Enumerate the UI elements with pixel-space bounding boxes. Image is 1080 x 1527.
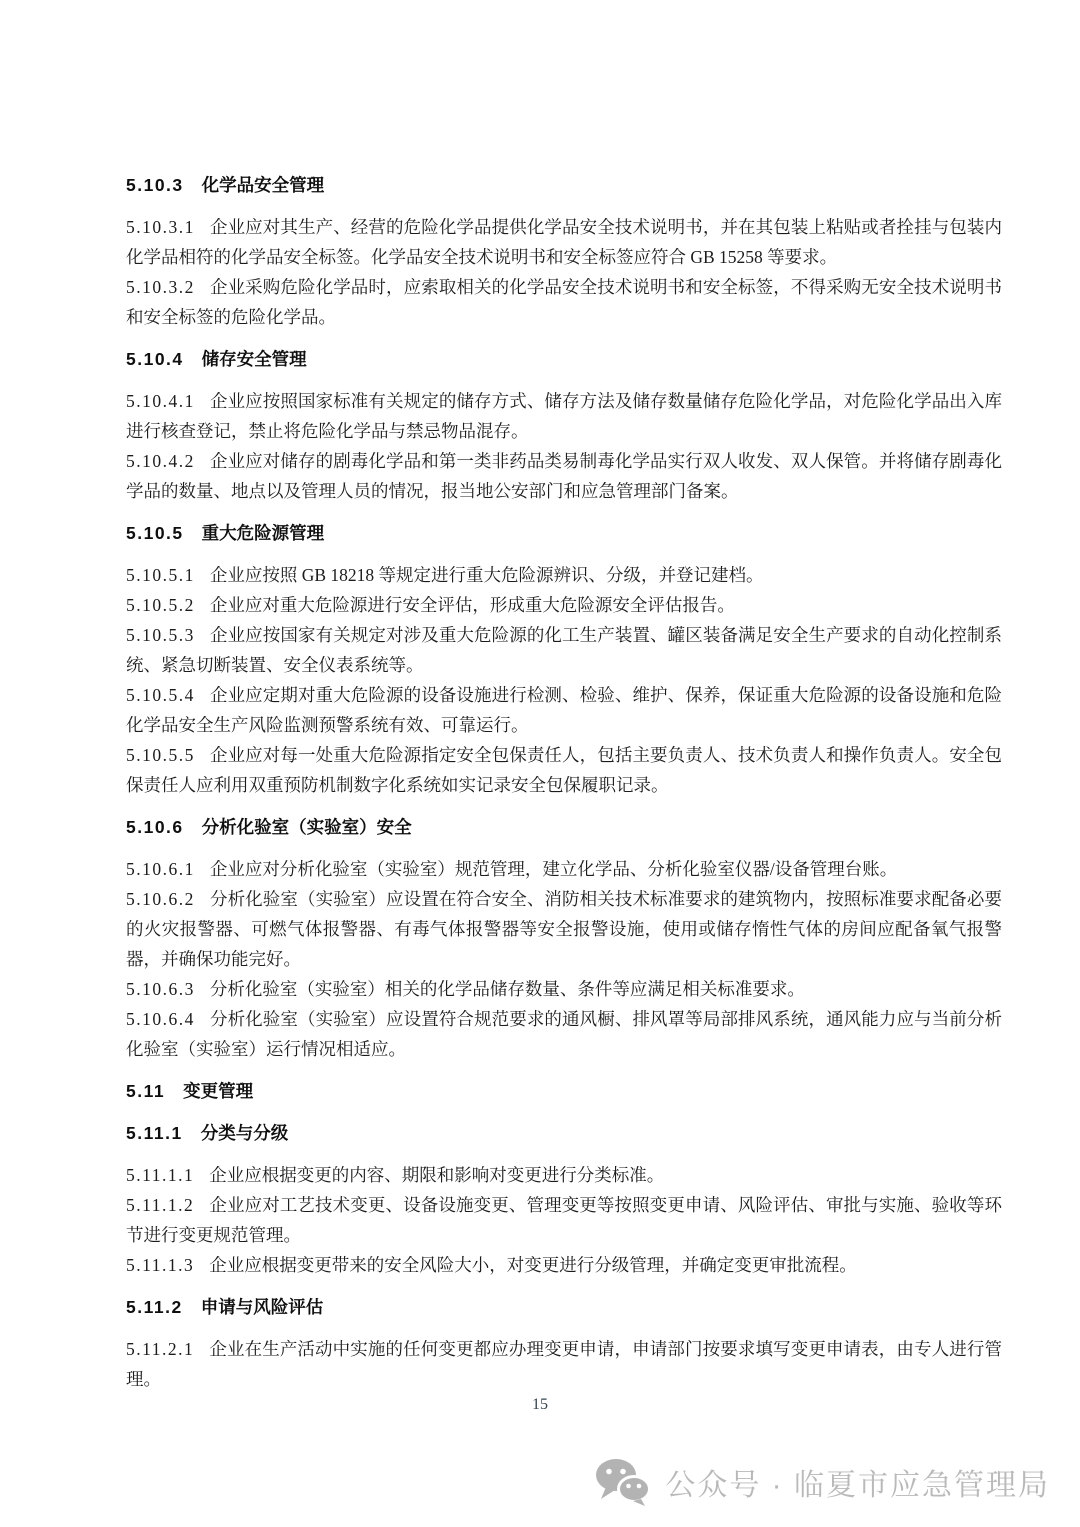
clause-paragraph: 5.10.5.5企业应对每一处重大危险源指定安全包保责任人，包括主要负责人、技术…	[126, 740, 1002, 800]
clause-number: 5.10.5.4	[126, 685, 195, 705]
page-number: 15	[0, 1396, 1080, 1414]
clause-paragraph: 5.10.5.4企业应定期对重大危险源的设备设施进行检测、检验、维护、保养，保证…	[126, 680, 1002, 740]
clause-paragraph: 5.10.5.3企业应按国家有关规定对涉及重大危险源的化工生产装置、罐区装备满足…	[126, 620, 1002, 680]
clause-number: 5.10.6.3	[126, 979, 195, 999]
section-heading: 5.10.4储存安全管理	[126, 344, 1002, 374]
clause-number: 5.10.4.1	[126, 391, 195, 411]
clause-text: 企业应对重大危险源进行安全评估，形成重大危险源安全评估报告。	[210, 595, 735, 615]
section-heading: 5.10.5重大危险源管理	[126, 518, 1002, 548]
clause-number: 5.10.6.1	[126, 859, 195, 879]
clause-paragraph: 5.11.1.3企业应根据变更带来的安全风险大小，对变更进行分级管理，并确定变更…	[126, 1250, 1002, 1280]
clause-number: 5.10.6.2	[126, 889, 195, 909]
clause-text: 企业应对每一处重大危险源指定安全包保责任人，包括主要负责人、技术负责人和操作负责…	[126, 745, 1002, 795]
clause-number: 5.11.2	[126, 1297, 183, 1317]
clause-paragraph: 5.10.4.2企业应对储存的剧毒化学品和第一类非药品类易制毒化学品实行双人收发…	[126, 446, 1002, 506]
section-heading: 5.11.1分类与分级	[126, 1118, 1002, 1148]
document-page: 5.10.3化学品安全管理5.10.3.1企业应对其生产、经营的危险化学品提供化…	[0, 0, 1080, 1527]
watermark-text: 公众号 · 临夏市应急管理局	[665, 1460, 1050, 1504]
clause-number: 5.10.4.2	[126, 451, 195, 471]
clause-paragraph: 5.10.5.1企业应按照 GB 18218 等规定进行重大危险源辨识、分级，并…	[126, 560, 1002, 590]
section-title: 分析化验室（实验室）安全	[202, 817, 412, 837]
clause-text: 企业应对其生产、经营的危险化学品提供化学品安全技术说明书，并在其包装上粘贴或者拴…	[126, 217, 1002, 267]
section-title: 申请与风险评估	[201, 1297, 324, 1317]
clause-number: 5.10.3.1	[126, 217, 195, 237]
clause-number: 5.10.5.2	[126, 595, 195, 615]
watermark: 公众号 · 临夏市应急管理局	[595, 1458, 1050, 1506]
clause-number: 5.10.3	[126, 175, 184, 195]
section-heading: 5.11.2申请与风险评估	[126, 1292, 1002, 1322]
clause-number: 5.11.1.2	[126, 1195, 194, 1215]
clause-paragraph: 5.10.6.1企业应对分析化验室（实验室）规范管理，建立化学品、分析化验室仪器…	[126, 854, 1002, 884]
section-heading: 5.10.6分析化验室（实验室）安全	[126, 812, 1002, 842]
clause-text: 企业应定期对重大危险源的设备设施进行检测、检验、维护、保养，保证重大危险源的设备…	[126, 685, 1002, 735]
clause-number: 5.10.5.5	[126, 745, 195, 765]
clause-paragraph: 5.11.1.1企业应根据变更的内容、期限和影响对变更进行分类标准。	[126, 1160, 1002, 1190]
clause-text: 企业应对储存的剧毒化学品和第一类非药品类易制毒化学品实行双人收发、双人保管。并将…	[126, 451, 1002, 501]
clause-number: 5.11.1	[126, 1123, 183, 1143]
clause-number: 5.11.2.1	[126, 1339, 194, 1359]
clause-text: 企业应根据变更带来的安全风险大小，对变更进行分级管理，并确定变更审批流程。	[209, 1255, 857, 1275]
clause-text: 企业应按照 GB 18218 等规定进行重大危险源辨识、分级，并登记建档。	[210, 565, 764, 585]
clause-paragraph: 5.10.3.1企业应对其生产、经营的危险化学品提供化学品安全技术说明书，并在其…	[126, 212, 1002, 272]
clause-paragraph: 5.10.5.2企业应对重大危险源进行安全评估，形成重大危险源安全评估报告。	[126, 590, 1002, 620]
section-title: 变更管理	[183, 1081, 253, 1101]
section-heading: 5.10.3化学品安全管理	[126, 170, 1002, 200]
clause-text: 企业采购危险化学品时，应索取相关的化学品安全技术说明书和安全标签，不得采购无安全…	[126, 277, 1002, 327]
document-content: 5.10.3化学品安全管理5.10.3.1企业应对其生产、经营的危险化学品提供化…	[126, 158, 1002, 1394]
clause-number: 5.10.5	[126, 523, 184, 543]
clause-number: 5.10.4	[126, 349, 184, 369]
section-heading: 5.11变更管理	[126, 1076, 1002, 1106]
section-title: 储存安全管理	[202, 349, 307, 369]
clause-number: 5.10.6	[126, 817, 184, 837]
clause-number: 5.10.5.3	[126, 625, 195, 645]
clause-paragraph: 5.10.6.2分析化验室（实验室）应设置在符合安全、消防相关技术标准要求的建筑…	[126, 884, 1002, 974]
wechat-icon	[595, 1458, 651, 1506]
clause-paragraph: 5.10.3.2企业采购危险化学品时，应索取相关的化学品安全技术说明书和安全标签…	[126, 272, 1002, 332]
clause-number: 5.11	[126, 1081, 165, 1101]
clause-paragraph: 5.11.2.1企业在生产活动中实施的任何变更都应办理变更申请，申请部门按要求填…	[126, 1334, 1002, 1394]
clause-text: 企业应按国家有关规定对涉及重大危险源的化工生产装置、罐区装备满足安全生产要求的自…	[126, 625, 1002, 675]
clause-number: 5.11.1.1	[126, 1165, 194, 1185]
clause-number: 5.10.3.2	[126, 277, 195, 297]
section-title: 分类与分级	[201, 1123, 289, 1143]
clause-text: 企业应对分析化验室（实验室）规范管理，建立化学品、分析化验室仪器/设备管理台账。	[210, 859, 897, 879]
clause-paragraph: 5.10.4.1企业应按照国家标准有关规定的储存方式、储存方法及储存数量储存危险…	[126, 386, 1002, 446]
clause-text: 企业应根据变更的内容、期限和影响对变更进行分类标准。	[209, 1165, 664, 1185]
clause-text: 分析化验室（实验室）相关的化学品储存数量、条件等应满足相关标准要求。	[210, 979, 805, 999]
clause-paragraph: 5.11.1.2企业应对工艺技术变更、设备设施变更、管理变更等按照变更申请、风险…	[126, 1190, 1002, 1250]
clause-text: 分析化验室（实验室）应设置符合规范要求的通风橱、排风罩等局部排风系统，通风能力应…	[126, 1009, 1002, 1059]
section-title: 化学品安全管理	[202, 175, 325, 195]
clause-number: 5.10.6.4	[126, 1009, 195, 1029]
clause-number: 5.10.5.1	[126, 565, 195, 585]
clause-text: 企业应按照国家标准有关规定的储存方式、储存方法及储存数量储存危险化学品，对危险化…	[126, 391, 1002, 441]
clause-number: 5.11.1.3	[126, 1255, 194, 1275]
clause-paragraph: 5.10.6.4分析化验室（实验室）应设置符合规范要求的通风橱、排风罩等局部排风…	[126, 1004, 1002, 1064]
section-title: 重大危险源管理	[202, 523, 325, 543]
clause-text: 企业在生产活动中实施的任何变更都应办理变更申请，申请部门按要求填写变更申请表，由…	[126, 1339, 1002, 1389]
clause-paragraph: 5.10.6.3分析化验室（实验室）相关的化学品储存数量、条件等应满足相关标准要…	[126, 974, 1002, 1004]
clause-text: 分析化验室（实验室）应设置在符合安全、消防相关技术标准要求的建筑物内，按照标准要…	[126, 889, 1002, 969]
clause-text: 企业应对工艺技术变更、设备设施变更、管理变更等按照变更申请、风险评估、审批与实施…	[126, 1195, 1002, 1245]
